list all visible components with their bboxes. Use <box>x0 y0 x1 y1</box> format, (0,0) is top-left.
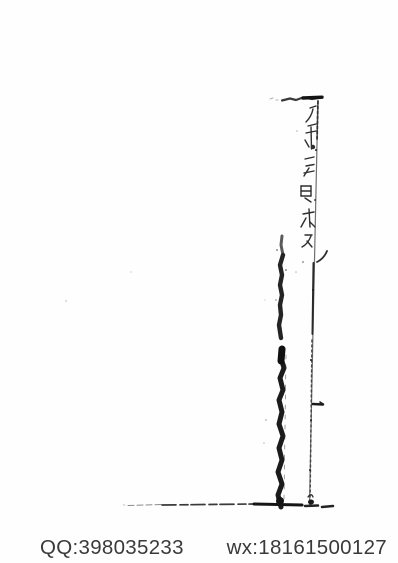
scan-noise-speck <box>65 300 67 302</box>
character-fragment <box>317 251 327 262</box>
ink-speck <box>309 469 311 471</box>
ink-stroke <box>281 236 283 255</box>
character-fragment <box>304 157 314 176</box>
character-fragment <box>302 235 312 247</box>
ink-stroke <box>304 157 314 173</box>
ink-stroke <box>305 140 309 147</box>
ink-stroke <box>301 186 311 196</box>
scanned-book-page: QQ:398035233 wx:18161500127 <box>0 0 398 563</box>
ink-stroke <box>284 355 286 500</box>
ink-speck <box>310 419 312 421</box>
ink-stroke <box>303 97 322 98</box>
character-fragment <box>305 124 316 149</box>
ink-stroke <box>307 241 312 247</box>
ink-stroke <box>317 251 327 262</box>
bottom-frame-line <box>123 495 333 507</box>
fold-inner-line <box>309 101 318 506</box>
ink-blob <box>311 145 315 149</box>
ink-stroke <box>162 504 254 505</box>
ink-speck <box>270 98 278 100</box>
ink-speck <box>314 199 316 201</box>
ink-stroke <box>279 255 283 338</box>
ink-stroke <box>317 101 318 140</box>
ink-stroke <box>310 106 316 108</box>
page-fold-top-mark <box>270 97 322 100</box>
character-fragment <box>301 209 315 227</box>
ink-speck <box>265 419 267 421</box>
watermark-bar: QQ:398035233 wx:18161500127 <box>0 537 398 559</box>
ink-stroke <box>313 404 323 405</box>
character-fragment <box>306 106 316 122</box>
watermark-qq: QQ:398035233 <box>40 537 184 559</box>
ink-speck <box>315 149 317 151</box>
scan-noise <box>65 271 266 302</box>
ink-stroke <box>306 109 313 122</box>
ink-stroke <box>313 263 314 334</box>
ink-speck <box>310 359 312 361</box>
ink-stroke <box>281 349 282 361</box>
ink-stroke <box>309 209 310 227</box>
ink-stroke <box>301 218 306 227</box>
title-character-fragments <box>295 106 327 273</box>
ink-stroke <box>254 504 302 505</box>
ink-speck <box>295 271 297 273</box>
scan-noise-speck <box>130 271 132 273</box>
ink-stroke <box>310 222 315 227</box>
ink-speck <box>296 130 298 132</box>
ink-speck <box>302 261 304 263</box>
watermark-wx: wx:18161500127 <box>227 537 387 559</box>
margin-tick-mark <box>313 402 323 405</box>
character-fragment <box>301 186 311 202</box>
ink-stroke <box>305 198 311 202</box>
ink-stroke <box>278 349 284 507</box>
ink-speck <box>123 504 124 505</box>
page-fold-thick-line <box>263 236 287 507</box>
ink-speck <box>285 269 287 271</box>
ink-stroke <box>305 506 318 507</box>
ink-speck <box>312 289 314 291</box>
ink-blob <box>308 500 314 505</box>
ink-stroke <box>322 506 333 507</box>
ink-speck <box>275 299 277 301</box>
scan-noise-speck <box>264 299 266 301</box>
scan-ink-marks <box>0 0 398 563</box>
ink-stroke <box>128 505 162 506</box>
ink-speck <box>263 442 265 444</box>
ink-speck <box>276 249 278 251</box>
ink-stroke <box>302 236 311 247</box>
